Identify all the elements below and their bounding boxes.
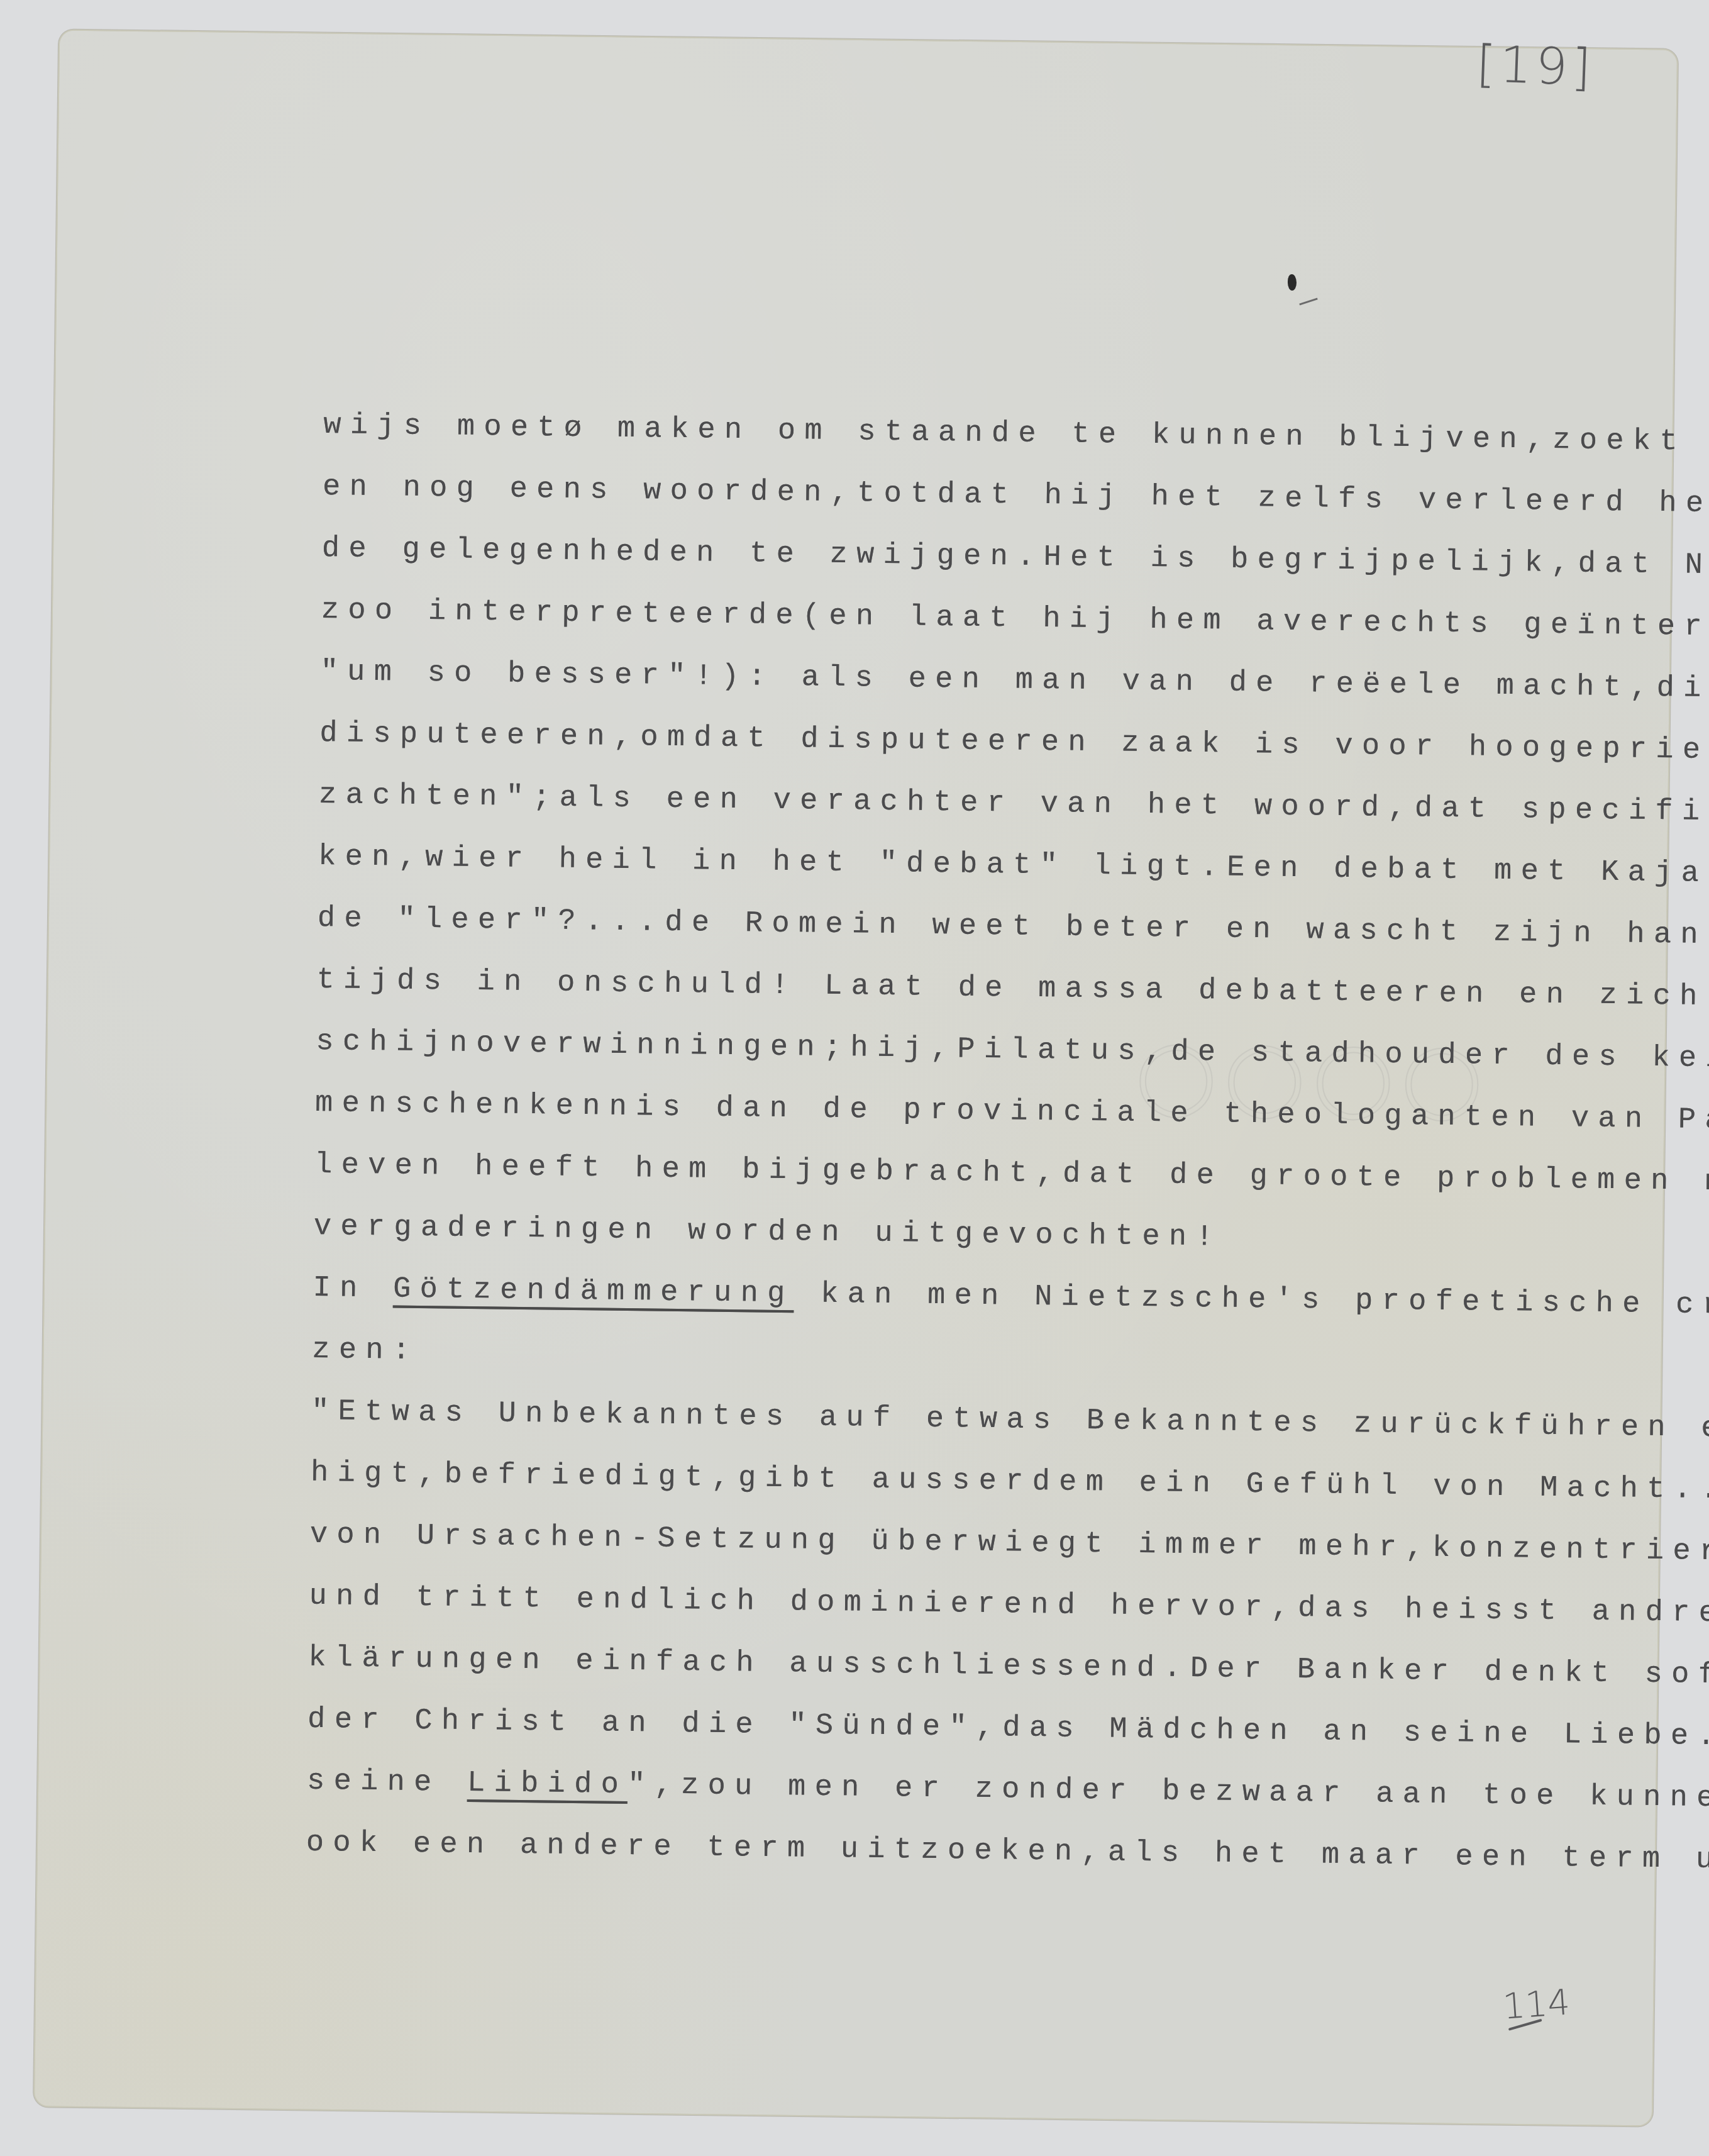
line-text: tijds in onschuld! Laat de massa debatte… — [316, 964, 1709, 1018]
line-text: schijnoverwinningen;hij,Pilatus,de stadh… — [316, 1025, 1709, 1081]
line-text: higt,befriedigt,gibt ausserdem ein Gefüh… — [311, 1457, 1709, 1513]
line-text: der Christ an die "Sünde",das Mädchen an… — [307, 1703, 1709, 1759]
typescript-body: wijs moetø maken om staande te kunnen bl… — [306, 395, 1709, 1891]
underlined-title: Libido — [467, 1767, 628, 1802]
line-text: zachten";als een verachter van het woord… — [319, 779, 1709, 835]
line-text: leven heeft hem bijgebracht,dat de groot… — [314, 1148, 1709, 1204]
line-text: vergaderingen worden uitgevochten! — [314, 1210, 1223, 1255]
line-text: von Ursachen-Setzung überwiegt immer meh… — [310, 1518, 1709, 1574]
handwritten-page-number-top: [19] — [1475, 35, 1595, 97]
line-text: wijs moetø maken om staande te kunnen bl… — [323, 409, 1709, 464]
line-text: ook een andere term uitzoeken,als het ma… — [306, 1826, 1709, 1883]
line-text: "um so besser"!): als een man van de reë… — [320, 655, 1709, 711]
line-text: disputeeren,omdat disputeeren zaak is vo… — [319, 717, 1709, 772]
line-text: zen: — [312, 1333, 419, 1368]
line-text: klärungen einfach ausschliessend.Der Ban… — [308, 1642, 1709, 1698]
line-text: menschenkennis dan de provinciale theolo… — [315, 1087, 1709, 1142]
line-text: kan men Nietzsche's profetische critiek … — [794, 1277, 1709, 1328]
line-text: In — [312, 1272, 393, 1306]
line-text: und tritt endlich dominierend hervor,das… — [309, 1580, 1709, 1636]
line-text: ken,wier heil in het "debat" ligt.Een de… — [318, 840, 1709, 896]
line-text: zoo interpreteerde(en laat hij hem avere… — [321, 594, 1709, 649]
line-text: "Etwas Unbekanntes auf etwas Bekanntes z… — [311, 1395, 1709, 1451]
line-text: de gelegenheden te zwijgen.Het is begrij… — [322, 532, 1709, 587]
ink-blot — [1288, 274, 1297, 291]
handwritten-folio-number: 114 — [1502, 1982, 1571, 2027]
underlined-title: Götzendämmerung — [393, 1272, 794, 1311]
line-text: de "leer"?...de Romein weet beter en was… — [318, 902, 1709, 958]
line-text: ",zou men er zonder bezwaar aan toe kunn… — [628, 1769, 1709, 1821]
line-text: seine — [307, 1765, 468, 1800]
line-text: en nog eens woorden,totdat hij het zelfs… — [323, 470, 1709, 526]
